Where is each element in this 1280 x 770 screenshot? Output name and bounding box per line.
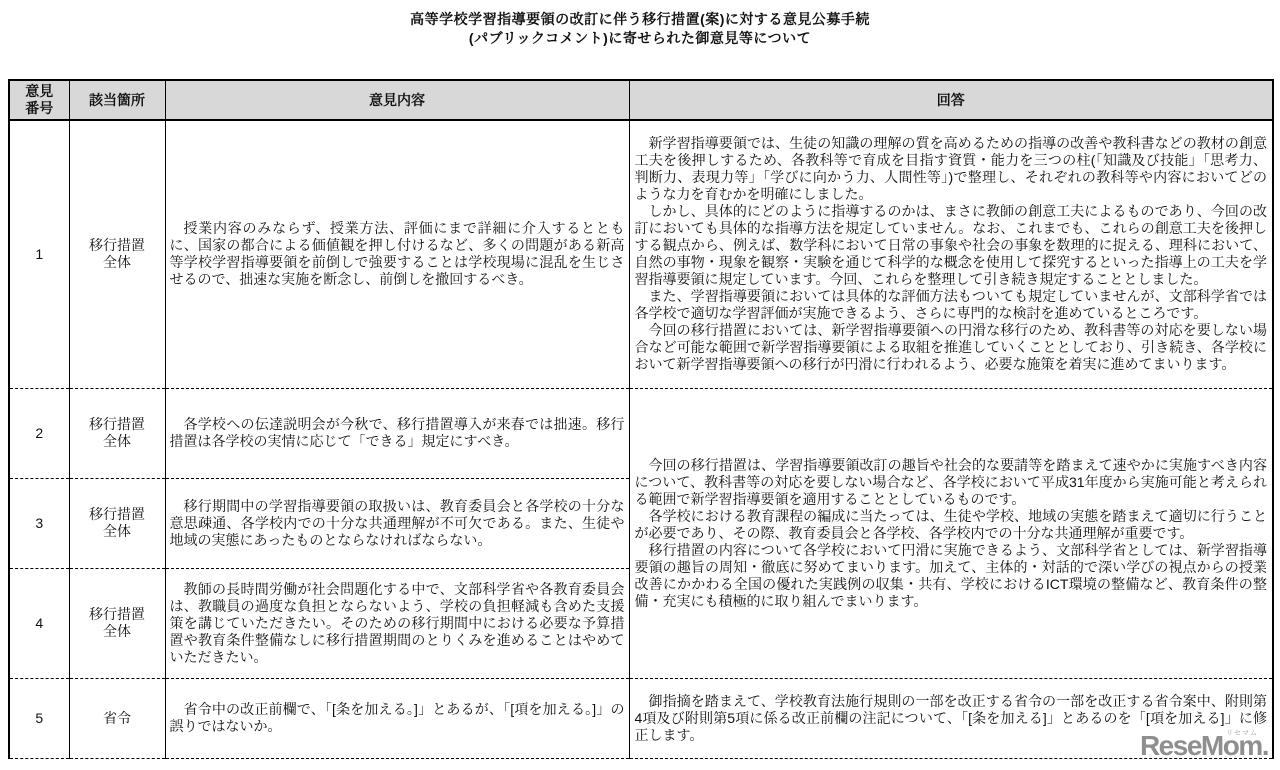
header-answer: 回答: [629, 80, 1273, 120]
page-title-line1: 高等学校学習指導要領の改訂に伴う移行措置(案)に対する意見公募手続: [0, 10, 1280, 29]
header-opinion-number: 意見 番号: [9, 80, 69, 120]
opinion-cell: 省令中の改正前欄で、「[条を加える。]」とあるが、「[項を加える。]」の誤りでは…: [165, 678, 629, 758]
section-cell: 省令: [69, 678, 165, 758]
table-row: 1 移行措置全体 授業内容のみならず、授業方法、評価にまで詳細に介入するとともに…: [9, 120, 1273, 388]
header-opinion: 意見内容: [165, 80, 629, 120]
opinion-cell: 教師の長時間労働が社会問題化する中で、文部科学省や各教育委員会は、教職員の過度な…: [165, 568, 629, 678]
row-number: 3: [9, 478, 69, 568]
header-section: 該当箇所: [69, 80, 165, 120]
table-row: 2 移行措置全体 各学校への伝達説明会が今秋で、移行措置導入が来春では拙速。移行…: [9, 388, 1273, 478]
section-cell: 移行措置全体: [69, 568, 165, 678]
resemom-watermark: リセマム ReseMom.: [1140, 731, 1268, 761]
row-number: 1: [9, 120, 69, 388]
page-title: 高等学校学習指導要領の改訂に伴う移行措置(案)に対する意見公募手続 (パブリック…: [0, 0, 1280, 48]
answer-cell: 新学習指導要領では、生徒の知識の理解の質を高めるための指導の改善や教科書などの教…: [629, 120, 1273, 388]
opinion-cell: 各学校への伝達説明会が今秋で、移行措置導入が来春では拙速。移行措置は各学校の実情…: [165, 388, 629, 478]
row-number: 5: [9, 678, 69, 758]
table-header-row: 意見 番号 該当箇所 意見内容 回答: [9, 80, 1273, 120]
merged-answer-cell: 今回の移行措置は、学習指導要領改訂の趣旨や社会的な要請等を踏まえて速やかに実施す…: [629, 388, 1273, 678]
section-cell: 移行措置全体: [69, 388, 165, 478]
opinion-cell: 授業内容のみならず、授業方法、評価にまで詳細に介入するとともに、国家の都合による…: [165, 120, 629, 388]
section-cell: 移行措置全体: [69, 478, 165, 568]
row-number: 2: [9, 388, 69, 478]
page-title-line2: (パブリックコメント)に寄せられた御意見等について: [0, 29, 1280, 48]
row-number: 4: [9, 568, 69, 678]
section-cell: 移行措置全体: [69, 120, 165, 388]
opinion-cell: 移行期間中の学習指導要領の取扱いは、教育委員会と各学校の十分な意思疎通、各学校内…: [165, 478, 629, 568]
resemom-watermark-ruby: リセマム: [1226, 728, 1258, 738]
table-row: 5 省令 省令中の改正前欄で、「[条を加える。]」とあるが、「[項を加える。]」…: [9, 678, 1273, 758]
comments-table: 意見 番号 該当箇所 意見内容 回答 1 移行措置全体 授業内容のみならず、授業…: [8, 79, 1274, 759]
